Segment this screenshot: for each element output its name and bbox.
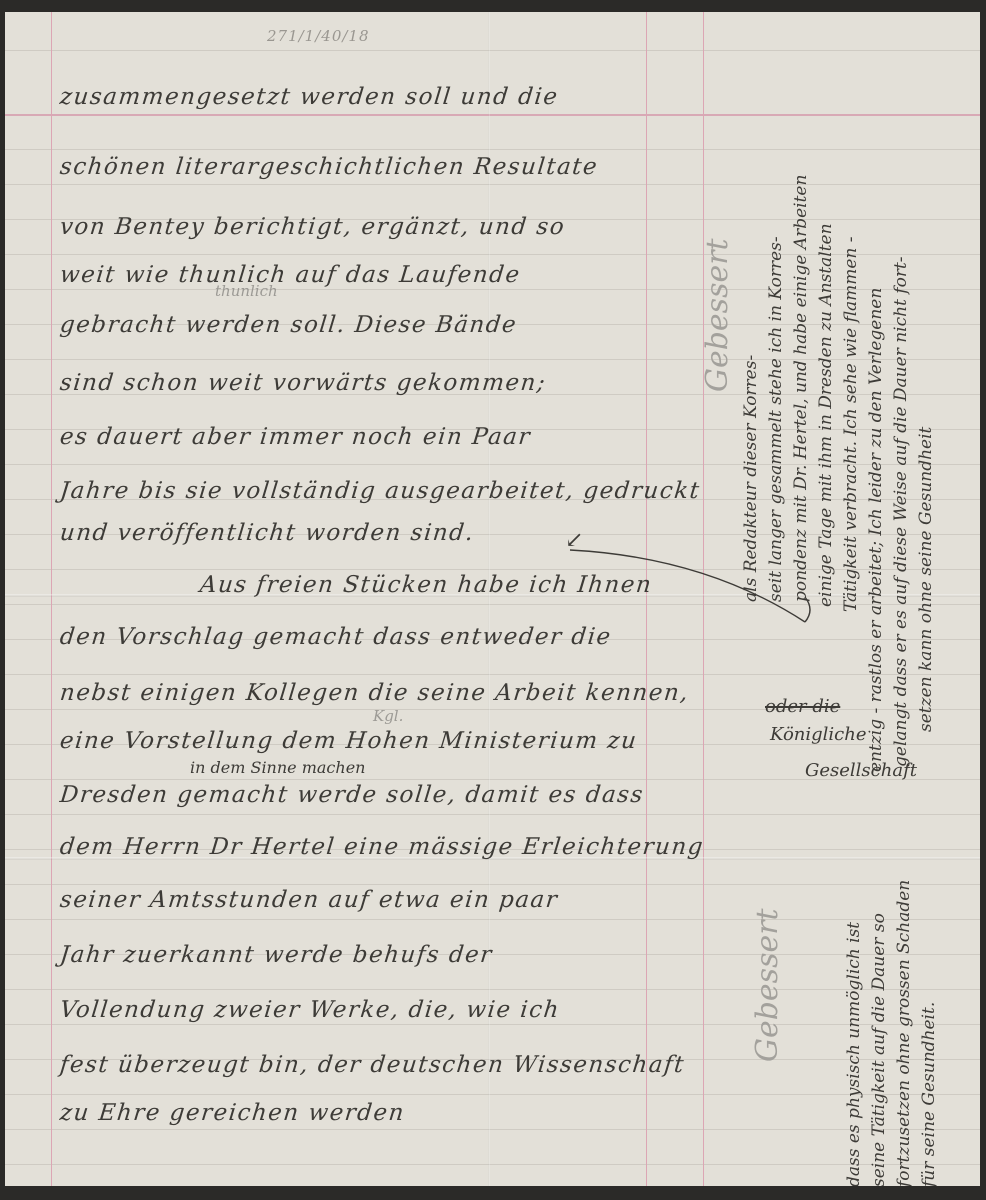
ruled-line <box>5 1094 980 1095</box>
ruled-line <box>5 1129 980 1130</box>
body-line-4: weit wie thunlich auf das Laufende <box>59 262 522 288</box>
ruled-line <box>5 919 980 920</box>
ruled-line <box>5 1024 980 1025</box>
body-line-2: schönen literargeschichtlichen Resultate <box>59 154 600 180</box>
body-line-17: Jahr zuerkannt werde behufs der <box>59 942 495 968</box>
pencil-annotation-upper: Gebessert <box>700 192 735 392</box>
body-line-13: eine Vorstellung dem Hohen Ministerium z… <box>59 728 639 754</box>
letter-page: 271/1/40/18 zusammengesetzt werden soll … <box>5 12 980 1186</box>
ruled-line <box>5 1164 980 1165</box>
body-line-8: Jahre bis sie vollständig ausgearbeitet,… <box>59 478 702 504</box>
margin-note-upper-line-7: gelangt dass er es auf diese Weise auf d… <box>890 52 912 767</box>
connector-curve <box>565 522 825 632</box>
ruled-line <box>5 989 980 990</box>
ruled-line <box>5 674 980 675</box>
margin-note-lower-line-1: dass es physisch unmöglich ist <box>843 832 865 1186</box>
body-line-6: sind schon weit vorwärts gekommen; <box>59 370 548 396</box>
body-line-5: gebracht werden soll. Diese Bände <box>59 312 519 338</box>
margin-koenigliche: Königliche <box>770 724 867 745</box>
margin-note-lower-line-3: fortzusetzen ohne grossen Schaden <box>893 832 915 1186</box>
ruled-line <box>5 50 980 51</box>
body-line-12: nebst einigen Kollegen die seine Arbeit … <box>59 680 691 706</box>
margin-note-upper-line-3: pondenz mit Dr. Hertel, und habe einige … <box>790 52 812 602</box>
archive-number: 271/1/40/18 <box>267 27 370 45</box>
body-line-15: dem Herrn Dr Hertel eine mässige Erleich… <box>59 834 706 860</box>
pencil-insertion-kgl: Kgl. <box>373 707 403 725</box>
left-margin-line <box>51 12 52 1186</box>
margin-note-upper-line-8: setzen kann ohne seine Gesundheit <box>915 402 937 732</box>
body-line-1: zusammengesetzt werden soll und die <box>59 84 560 110</box>
pencil-annotation-lower: Gebessert <box>750 862 785 1062</box>
body-line-20: zu Ehre gereichen werden <box>59 1100 407 1126</box>
margin-note-lower-line-4: für seine Gesundheit. <box>918 892 940 1186</box>
body-line-7: es dauert aber immer noch ein Paar <box>59 424 533 450</box>
body-line-18: Vollendung zweier Werke, die, wie ich <box>59 997 562 1023</box>
body-line-9: und veröffentlicht worden sind. <box>59 520 476 546</box>
ruled-line <box>5 814 980 815</box>
body-line-14: Dresden gemacht werde solle, damit es da… <box>59 782 646 808</box>
body-line-3: von Bentey berichtigt, ergänzt, und so <box>59 214 567 240</box>
margin-note-upper-line-5: Tätigkeit verbracht. Ich sehe wie flamme… <box>840 52 862 612</box>
margin-note-lower-line-2: seine Tätigkeit auf die Dauer so <box>868 832 890 1186</box>
margin-note-upper-line-6: entzig - rastlos er arbeitet; Ich leider… <box>865 52 887 772</box>
body-line-19: fest überzeugt bin, der deutschen Wissen… <box>59 1052 687 1078</box>
body-line-11: den Vorschlag gemacht dass entweder die <box>59 624 613 650</box>
ruled-line <box>5 884 980 885</box>
ink-insertion-sinne-machen: in dem Sinne machen <box>190 758 365 777</box>
struck-oder-die: oder die <box>765 696 840 717</box>
body-line-16: seiner Amtsstunden auf etwa ein paar <box>59 887 560 913</box>
margin-note-upper-line-2: seit langer gesammelt stehe ich in Korre… <box>765 52 787 602</box>
